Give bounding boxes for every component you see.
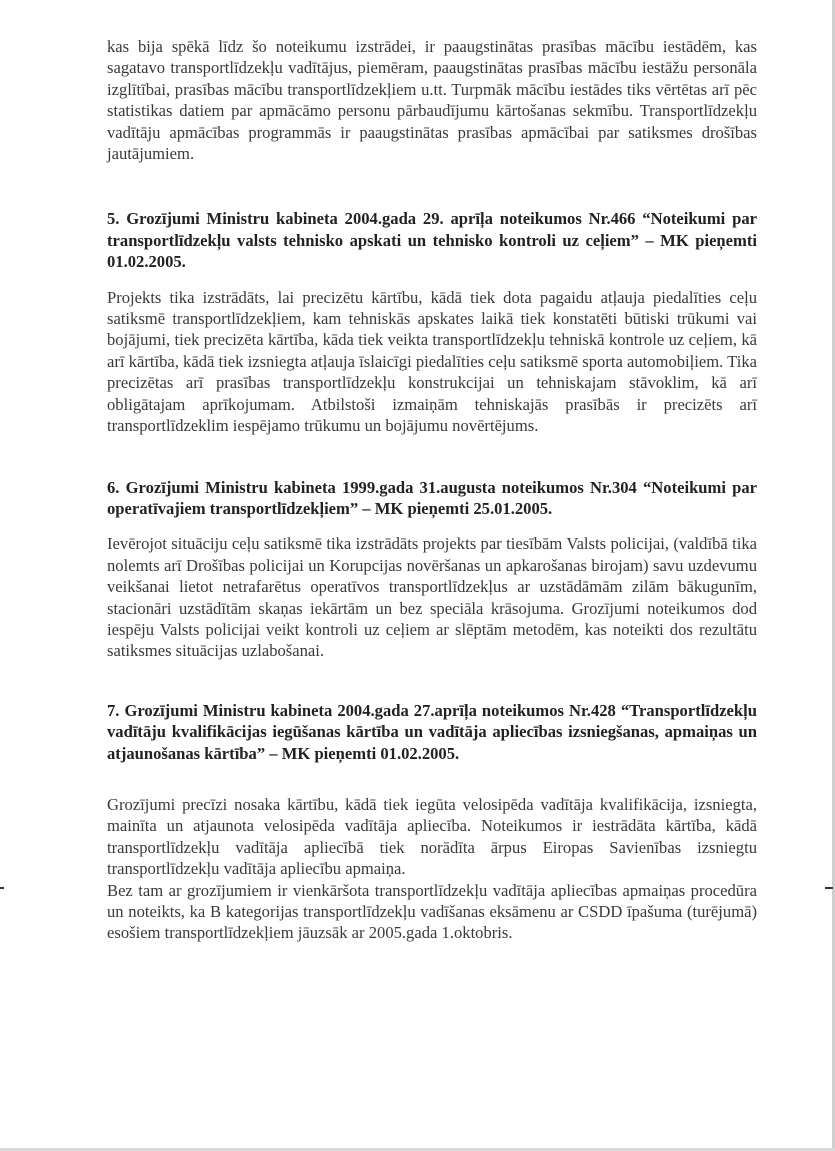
section-6: 6. Grozījumi Ministru kabineta 1999.gada… <box>107 477 757 662</box>
scan-mark-right <box>825 887 833 889</box>
scan-mark-left <box>0 887 4 889</box>
section-5: 5. Grozījumi Ministru kabineta 2004.gada… <box>107 208 757 436</box>
section-5-paragraph: Projekts tika izstrādāts, lai precizētu … <box>107 287 757 437</box>
section-5-heading: 5. Grozījumi Ministru kabineta 2004.gada… <box>107 208 757 272</box>
document-page: kas bija spēkā līdz šo noteikumu izstrād… <box>107 36 757 944</box>
section-7-paragraph-2: Bez tam ar grozījumiem ir vienkāršota tr… <box>107 880 757 944</box>
section-7-paragraph-1: Grozījumi precīzi nosaka kārtību, kādā t… <box>107 794 757 880</box>
intro-paragraph: kas bija spēkā līdz šo noteikumu izstrād… <box>107 36 757 164</box>
section-7: 7. Grozījumi Ministru kabineta 2004.gada… <box>107 700 757 944</box>
section-7-heading: 7. Grozījumi Ministru kabineta 2004.gada… <box>107 700 757 764</box>
section-6-paragraph: Ievērojot situāciju ceļu satiksmē tika i… <box>107 533 757 661</box>
section-6-heading: 6. Grozījumi Ministru kabineta 1999.gada… <box>107 477 757 520</box>
